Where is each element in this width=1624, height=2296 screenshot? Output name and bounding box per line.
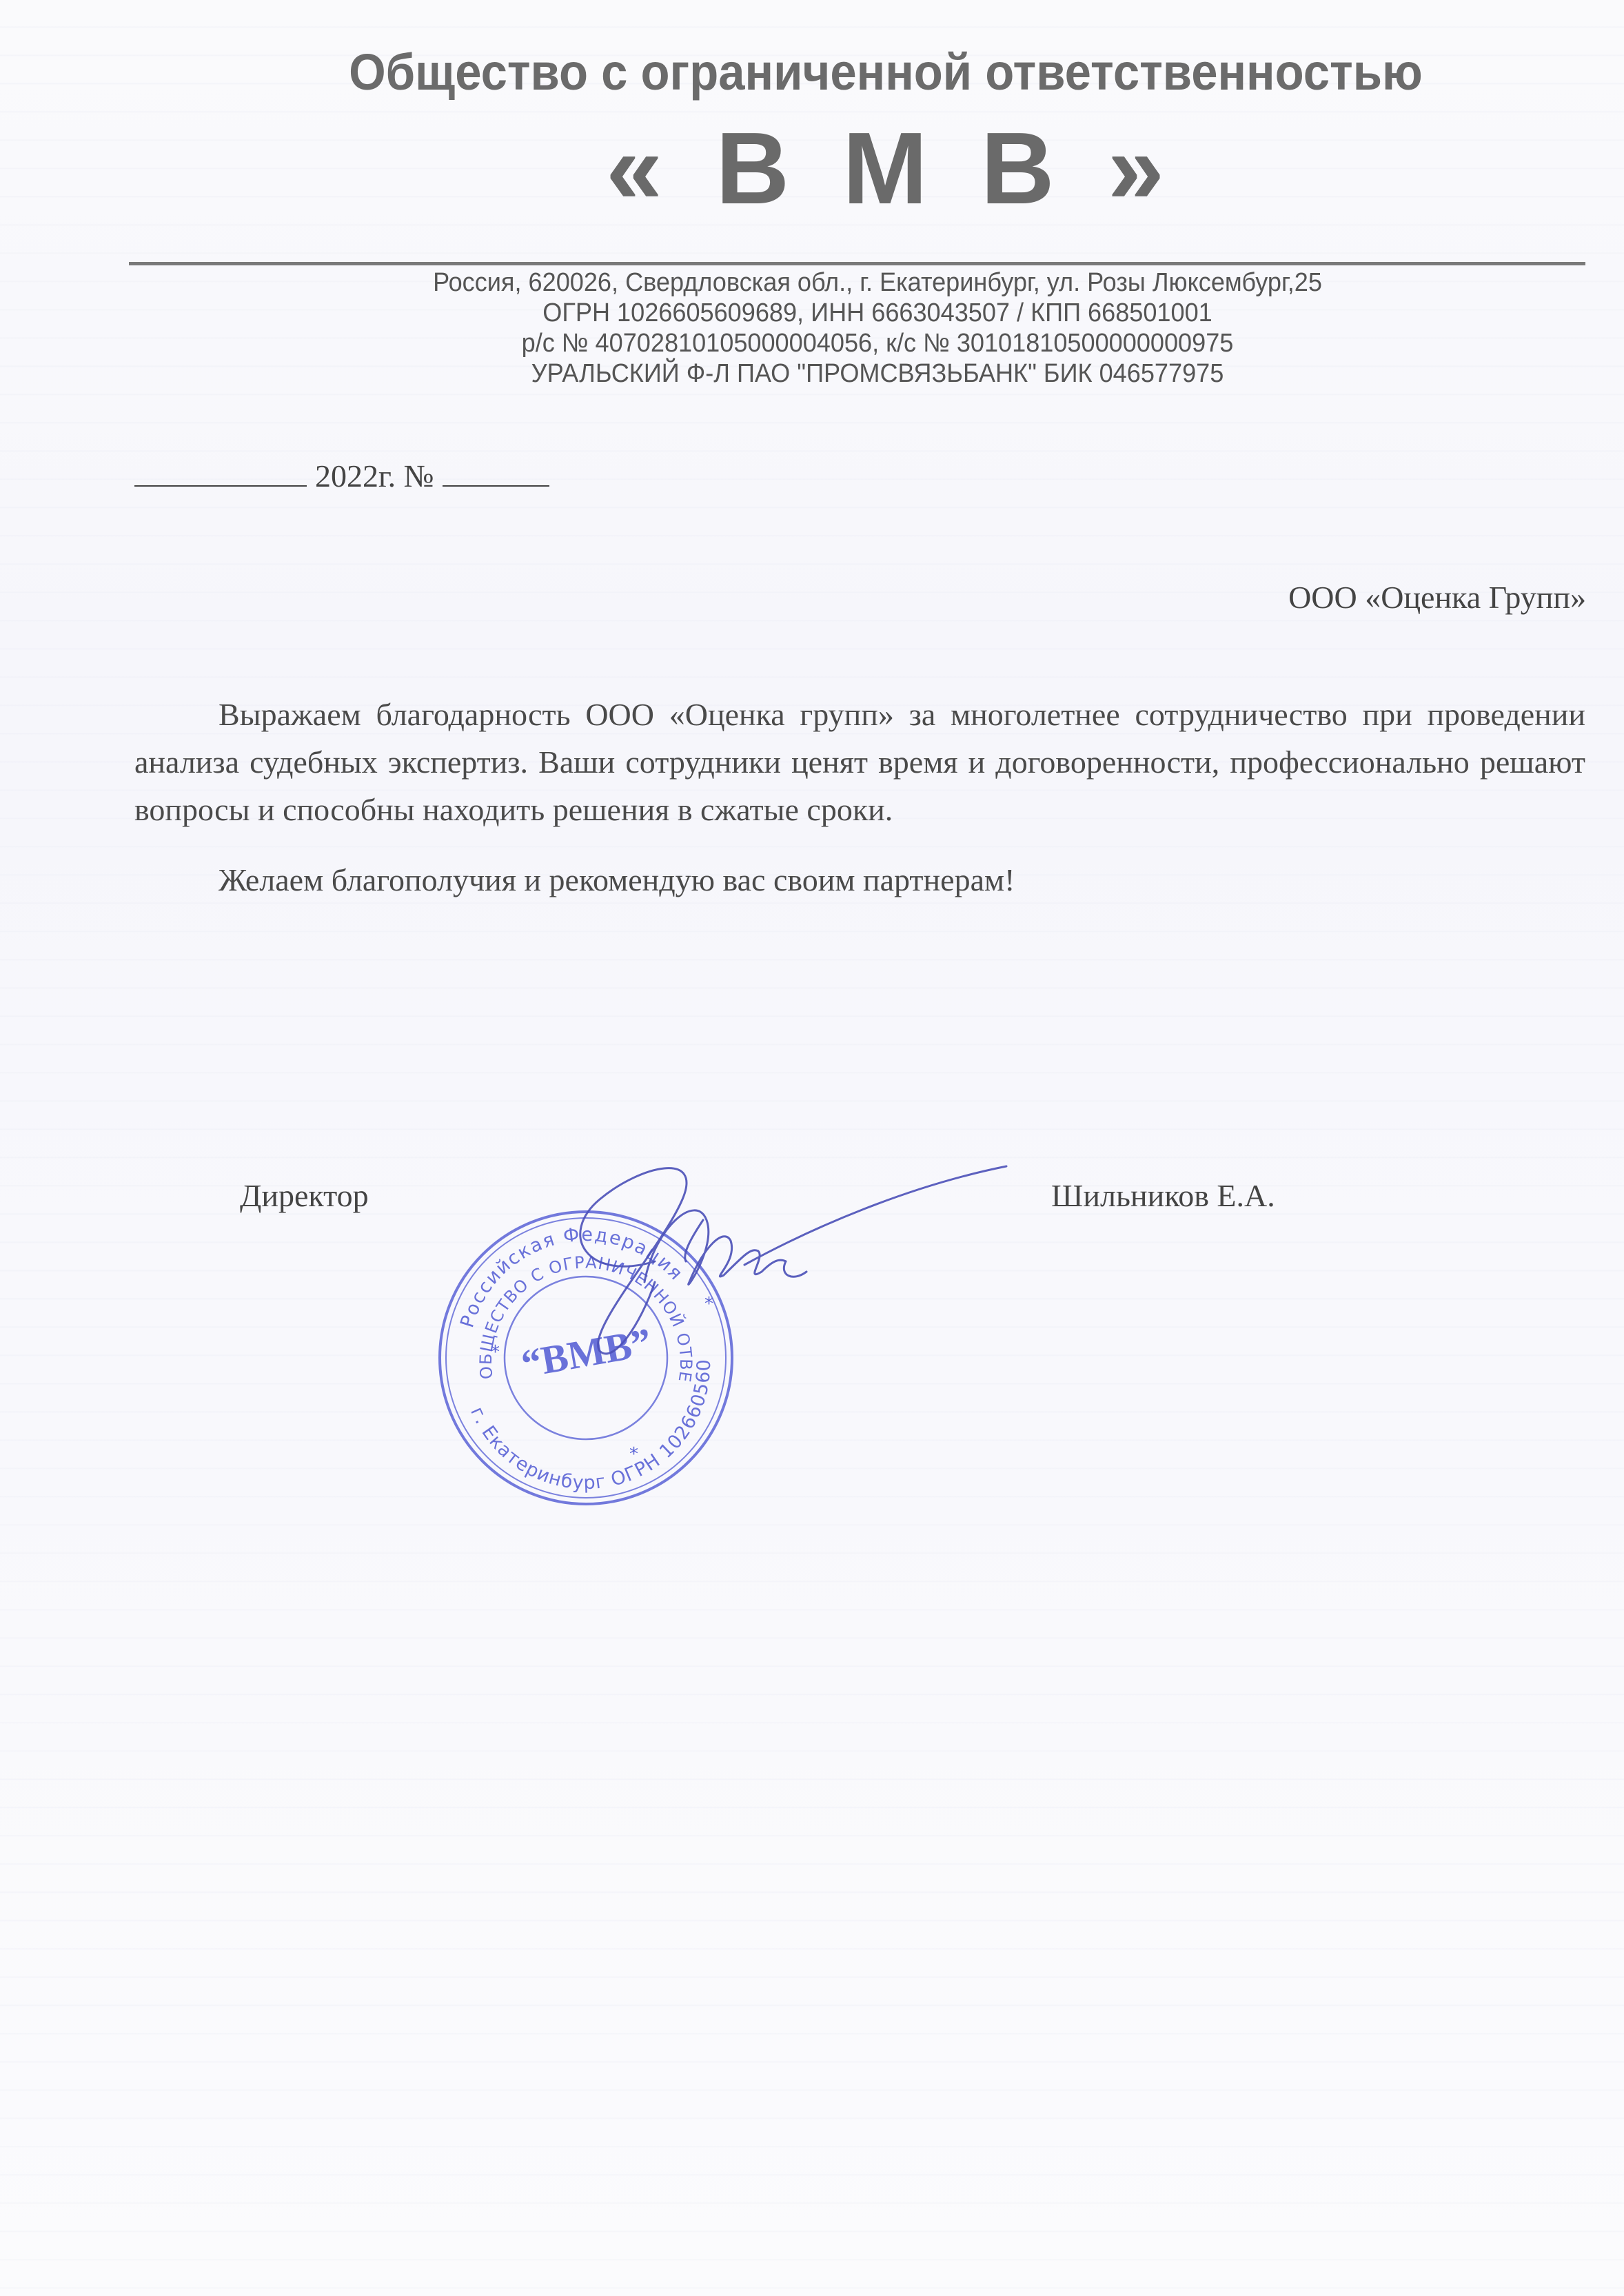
svg-text:*: * bbox=[491, 1342, 500, 1363]
requisites-accounts: р/с № 40702810105000004056, к/с № 301018… bbox=[168, 328, 1587, 358]
body-paragraph-1: Выражаем благодарность ООО «Оценка групп… bbox=[134, 691, 1585, 833]
outgoing-number-line: 2022г. № bbox=[134, 454, 558, 494]
outgoing-year-label: 2022г. № bbox=[315, 458, 434, 494]
date-blank bbox=[134, 454, 307, 487]
signatory-name: Шильников Е.А. bbox=[1051, 1177, 1275, 1214]
letterhead-divider bbox=[129, 262, 1585, 265]
number-blank bbox=[443, 454, 549, 487]
handwritten-signature-icon bbox=[524, 1124, 1048, 1372]
letterhead-company-name: « В М В » bbox=[0, 110, 1624, 227]
addressee: ООО «Оценка Групп» bbox=[1288, 579, 1586, 616]
signatory-position: Директор bbox=[240, 1177, 369, 1214]
requisites-registration: ОГРН 1026605609689, ИНН 6663043507 / КПП… bbox=[168, 298, 1587, 328]
letterhead-company-form: Общество с ограниченной ответственностью bbox=[57, 43, 1567, 101]
letterhead-requisites: Россия, 620026, Свердловская обл., г. Ек… bbox=[0, 267, 1624, 389]
svg-text:*: * bbox=[629, 1444, 638, 1465]
requisites-address: Россия, 620026, Свердловская обл., г. Ек… bbox=[168, 267, 1587, 298]
body-paragraph-2: Желаем благополучия и рекомендую вас сво… bbox=[219, 862, 1015, 898]
requisites-bank: УРАЛЬСКИЙ Ф-Л ПАО "ПРОМСВЯЗЬБАНК" БИК 04… bbox=[168, 358, 1587, 389]
